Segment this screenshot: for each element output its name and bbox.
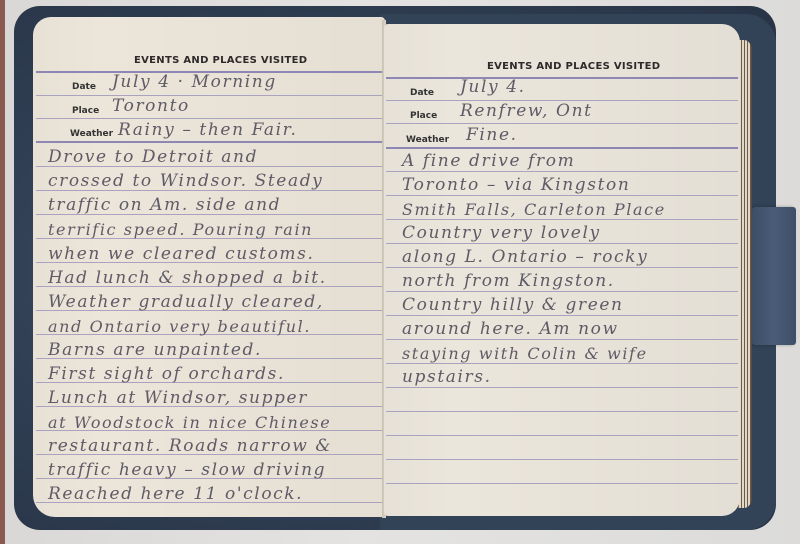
- left-entry-line: Barns are unpainted.: [48, 340, 262, 360]
- left-entry-line: Weather gradually cleared,: [48, 292, 324, 312]
- left-entry-line: when we cleared customs.: [48, 244, 314, 264]
- right-rule: [386, 267, 738, 268]
- right-header-rule: [386, 77, 738, 79]
- left-rule: [36, 95, 382, 96]
- left-entry-line: First sight of orchards.: [48, 364, 285, 384]
- left-entry-line: Drove to Detroit and: [48, 147, 258, 167]
- right-entry-line: along L. Ontario – rocky: [402, 247, 648, 267]
- left-date-value: July 4 · Morning: [112, 72, 277, 92]
- left-place-value: Toronto: [112, 96, 190, 116]
- right-rule: [386, 435, 738, 436]
- left-weather-value: Rainy – then Fair.: [118, 120, 298, 140]
- cover-clasp-tab: [752, 207, 796, 345]
- right-place-label: Place: [410, 111, 437, 121]
- left-date-label: Date: [72, 82, 96, 92]
- right-entry-line: Toronto – via Kingston: [402, 175, 630, 195]
- left-entry-line: terrific speed. Pouring rain: [48, 220, 313, 239]
- right-entry-line: Country hilly & green: [402, 295, 624, 315]
- right-rule: [386, 243, 738, 244]
- right-page-heading: EVENTS AND PLACES VISITED: [487, 61, 660, 72]
- right-place-value: Renfrew, Ont: [460, 101, 593, 121]
- left-entry-line: restaurant. Roads narrow &: [48, 436, 332, 456]
- right-weather-label: Weather: [406, 135, 449, 145]
- right-rule: [386, 411, 738, 412]
- right-rule: [386, 171, 738, 172]
- background-edge: [0, 0, 5, 544]
- left-entry-line: and Ontario very beautiful.: [48, 317, 311, 336]
- page-edges: [738, 40, 752, 508]
- left-fields-rule: [36, 141, 382, 143]
- right-date-value: July 4.: [460, 77, 526, 97]
- left-entry-line: Reached here 11 o'clock.: [48, 484, 303, 504]
- left-entry-line: traffic heavy – slow driving: [48, 460, 326, 480]
- right-rule: [386, 387, 738, 388]
- left-page-heading: EVENTS AND PLACES VISITED: [134, 55, 307, 66]
- left-entry-line: at Woodstock in nice Chinese: [48, 413, 331, 432]
- right-fields-rule: [386, 147, 738, 149]
- right-rule: [386, 459, 738, 460]
- right-entry-line: Country very lovely: [402, 223, 601, 243]
- right-page: [384, 24, 740, 516]
- left-weather-label: Weather: [70, 129, 113, 139]
- right-entry-line: staying with Colin & wife: [402, 344, 648, 363]
- right-rule: [386, 219, 738, 220]
- right-rule: [386, 195, 738, 196]
- right-rule: [386, 363, 738, 364]
- right-entry-line: north from Kingston.: [402, 271, 615, 291]
- right-rule: [386, 339, 738, 340]
- right-entry-line: A fine drive from: [402, 151, 575, 171]
- right-rule: [386, 123, 738, 124]
- right-entry-line: Smith Falls, Carleton Place: [402, 200, 666, 219]
- left-entry-line: Had lunch & shopped a bit.: [48, 268, 327, 288]
- left-entry-line: Lunch at Windsor, supper: [48, 388, 308, 408]
- right-rule: [386, 291, 738, 292]
- right-entry-line: upstairs.: [402, 367, 492, 387]
- right-date-label: Date: [410, 88, 434, 98]
- left-entry-line: crossed to Windsor. Steady: [48, 171, 323, 191]
- right-weather-value: Fine.: [466, 125, 518, 145]
- right-entry-line: around here. Am now: [402, 319, 619, 339]
- left-entry-line: traffic on Am. side and: [48, 195, 281, 215]
- right-rule: [386, 315, 738, 316]
- left-place-label: Place: [72, 106, 99, 116]
- left-rule: [36, 118, 382, 119]
- right-rule: [386, 483, 738, 484]
